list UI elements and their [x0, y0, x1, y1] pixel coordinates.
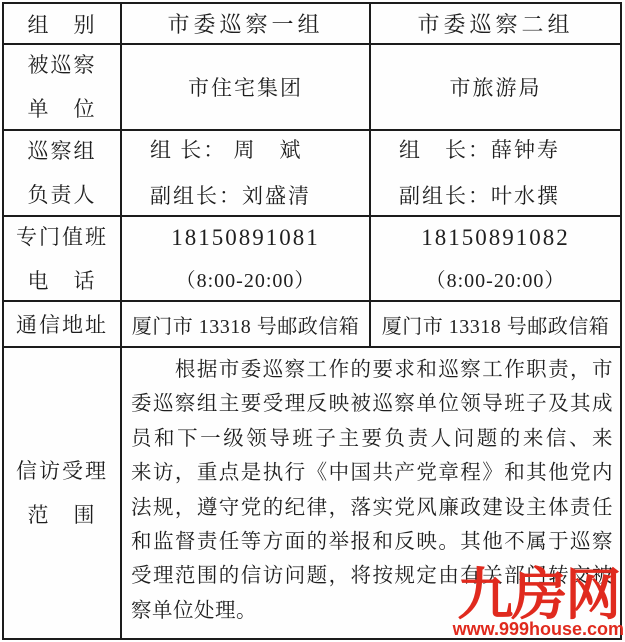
leaders-col2-cell: 组 长：薛钟寿 副组长：叶水撰 — [371, 131, 620, 217]
scope-label-cell: 信访受理 范 围 — [4, 348, 122, 638]
watermark-url: www.999house.com — [453, 620, 624, 640]
header-group1-cell: 市委巡察一组 — [122, 4, 371, 45]
scope-text-line: 法规，遵守党的纪律，落实党风廉政建设主体责任 — [131, 491, 613, 525]
scope-text-line: 委巡察组主要受理反映被巡察单位领导班子及其成 — [131, 387, 613, 421]
group1-name: 市委巡察一组 — [167, 8, 323, 39]
watermark-logo: 九房网 — [453, 570, 624, 620]
leaders-col2-leader: 组 长：薛钟寿 — [399, 138, 560, 162]
leaders-label-line2: 负责人 — [28, 183, 97, 207]
leaders-col1-leader: 组 长： 周 斌 — [150, 138, 303, 162]
address-col2-value: 厦门市 13318 号邮政信箱 — [382, 310, 610, 339]
address-col1-value: 厦门市 13318 号邮政信箱 — [132, 310, 360, 339]
phone-label-line2: 电 话 — [28, 269, 97, 293]
scope-label-line2: 范 围 — [28, 503, 97, 527]
header-label-cell: 组 别 — [4, 4, 122, 45]
scope-text-line: 根据市委巡察工作的要求和巡察工作职责，市 — [131, 353, 613, 387]
unit-label-line1: 被巡察 — [28, 53, 97, 77]
header-group2-cell: 市委巡察二组 — [371, 4, 620, 45]
inspection-info-table: 组 别 市委巡察一组 市委巡察二组 被巡察 单 位 市住宅集团 市旅游局 巡察组… — [2, 2, 622, 640]
unit-label-line2: 单 位 — [28, 97, 97, 121]
leaders-label-cell: 巡察组 负责人 — [4, 131, 122, 217]
address-label-cell: 通信地址 — [4, 302, 122, 348]
header-label: 组 别 — [28, 9, 97, 39]
phone-col1-hours: （8:00-20:00） — [176, 269, 316, 293]
leaders-label-line1: 巡察组 — [28, 139, 97, 163]
phone-col1-cell: 18150891081 （8:00-20:00） — [122, 217, 371, 302]
unit-col2-cell: 市旅游局 — [371, 45, 620, 131]
phone-label-line1: 专门值班 — [16, 225, 108, 249]
phone-col2-hours: （8:00-20:00） — [426, 269, 566, 293]
unit-label-cell: 被巡察 单 位 — [4, 45, 122, 131]
unit-col1-cell: 市住宅集团 — [122, 45, 371, 131]
phone-col2-cell: 18150891082 （8:00-20:00） — [371, 217, 620, 302]
watermark: 九房网 www.999house.com — [453, 570, 624, 640]
unit-col1-value: 市住宅集团 — [188, 72, 303, 102]
phone-label-cell: 专门值班 电 话 — [4, 217, 122, 302]
scope-text-line: 来访，重点是执行《中国共产党章程》和其他党内 — [131, 456, 613, 490]
phone-col2-number: 18150891082 — [421, 225, 570, 251]
unit-col2-value: 市旅游局 — [450, 72, 542, 102]
address-col2-cell: 厦门市 13318 号邮政信箱 — [371, 302, 620, 348]
scope-text-line: 员和下一级领导班子主要负责人问题的来信、来电、 — [131, 422, 613, 456]
group2-name: 市委巡察二组 — [417, 8, 573, 39]
leaders-col1-deputy: 副组长：刘盛清 — [150, 184, 311, 208]
scope-text-line: 和监督责任等方面的举报和反映。其他不属于巡察 — [131, 525, 613, 559]
address-label: 通信地址 — [16, 309, 108, 339]
address-col1-cell: 厦门市 13318 号邮政信箱 — [122, 302, 371, 348]
leaders-col2-deputy: 副组长：叶水撰 — [399, 184, 560, 208]
phone-col1-number: 18150891081 — [171, 225, 320, 251]
scope-label-line1: 信访受理 — [16, 459, 108, 483]
leaders-col1-cell: 组 长： 周 斌 副组长：刘盛清 — [122, 131, 371, 217]
